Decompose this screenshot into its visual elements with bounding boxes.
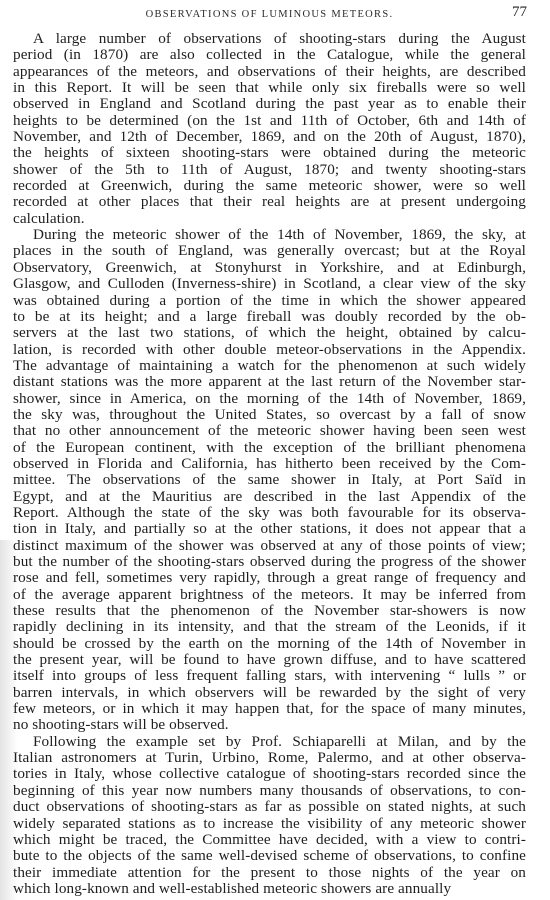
text-line: During the meteoric shower of the 14th o…: [13, 227, 526, 243]
text-line: heights to be determined (on the 1st and…: [13, 113, 526, 129]
text-line: distant stations was the more apparent a…: [13, 374, 526, 390]
text-line: that no other announcement of the meteor…: [13, 423, 526, 439]
text-line: Report. Although the state of the sky wa…: [13, 505, 526, 521]
paragraph-august-observations: A large number of observations of shooti…: [13, 31, 526, 227]
text-line: A large number of observations of shooti…: [13, 31, 526, 47]
text-line: of the European continent, with the exce…: [13, 440, 526, 456]
book-page: OBSERVATIONS OF LUMINOUS METEORS. 77 A l…: [13, 0, 526, 897]
text-line: distinct maximum of the shower was obser…: [13, 538, 526, 554]
text-line: period (in 1870) are also collected in t…: [13, 47, 526, 63]
text-line: Glasgow, and Culloden (Inverness-shire) …: [13, 276, 526, 292]
text-line: Egypt, and at the Mauritius are describe…: [13, 489, 526, 505]
text-line: no shooting-stars will be observed.: [13, 717, 526, 733]
text-line: should be crossed by the earth on the mo…: [13, 636, 526, 652]
text-line: The advantage of maintaining a watch for…: [13, 358, 526, 374]
text-line: calculation.: [13, 211, 526, 227]
text-line: tories in Italy, whose collective catalo…: [13, 766, 526, 782]
text-line: the present year, will be found to have …: [13, 652, 526, 668]
text-line: the heights of sixteen shooting-stars we…: [13, 145, 526, 161]
text-line: bute to the objects of the same well-dev…: [13, 848, 526, 864]
page-number: 77: [512, 4, 527, 21]
text-line: observed in Florida and California, has …: [13, 456, 526, 472]
text-line: few meteors, or in which it may happen t…: [13, 701, 526, 717]
text-line: itself into groups of less frequent fall…: [13, 668, 526, 684]
text-line: rose and fell, sometimes very rapidly, t…: [13, 570, 526, 586]
text-line: servers at the last two stations, of whi…: [13, 325, 526, 341]
text-line: rapidly declining in its intensity, and …: [13, 619, 526, 635]
text-line: their immediate attention for the presen…: [13, 865, 526, 881]
text-line: mittee. The observations of the same sho…: [13, 472, 526, 488]
running-title: OBSERVATIONS OF LUMINOUS METEORS.: [13, 9, 526, 20]
text-line: the sky was, throughout the United State…: [13, 407, 526, 423]
body-text: A large number of observations of shooti…: [13, 31, 526, 897]
text-line: Italian astronomers at Turin, Urbino, Ro…: [13, 750, 526, 766]
paragraph-november-shower: During the meteoric shower of the 14th o…: [13, 227, 526, 734]
text-line: Observatory, Greenwich, at Stonyhurst in…: [13, 260, 526, 276]
text-line: lation, is recorded with other double me…: [13, 342, 526, 358]
text-line: shower, since in America, on the morning…: [13, 391, 526, 407]
text-line: barren intervals, in which observers wil…: [13, 685, 526, 701]
text-line: to be at its height; and a large firebal…: [13, 309, 526, 325]
text-line: tion in Italy, and partially so at the o…: [13, 521, 526, 537]
text-line: which might be traced, the Committee hav…: [13, 832, 526, 848]
text-line: these results that the phenomenon of the…: [13, 603, 526, 619]
text-line: appearances of the meteors, and observat…: [13, 64, 526, 80]
text-line: Following the example set by Prof. Schia…: [13, 734, 526, 750]
text-line: of the average apparent brightness of th…: [13, 587, 526, 603]
text-line: shower of the 5th to 11th of August, 187…: [13, 162, 526, 178]
paragraph-following-example: Following the example set by Prof. Schia…: [13, 734, 526, 897]
text-line: November, and 12th of December, 1869, an…: [13, 129, 526, 145]
text-line: but the number of the shooting-stars obs…: [13, 554, 526, 570]
text-line: which long-known and well-established me…: [13, 881, 526, 897]
text-line: was obtained during a portion of the tim…: [13, 293, 526, 309]
text-line: beginning of this year now numbers many …: [13, 783, 526, 799]
text-line: recorded at Greenwich, during the same m…: [13, 178, 526, 194]
running-head: OBSERVATIONS OF LUMINOUS METEORS. 77: [13, 0, 526, 28]
text-line: widely separated stations as to increase…: [13, 816, 526, 832]
text-line: observed in England and Scotland during …: [13, 96, 526, 112]
text-line: in this Report. It will be seen that whi…: [13, 80, 526, 96]
text-line: recorded at other places that their real…: [13, 194, 526, 210]
text-line: duct observations of shooting-stars as f…: [13, 799, 526, 815]
text-line: places in the south of England, was gene…: [13, 243, 526, 259]
